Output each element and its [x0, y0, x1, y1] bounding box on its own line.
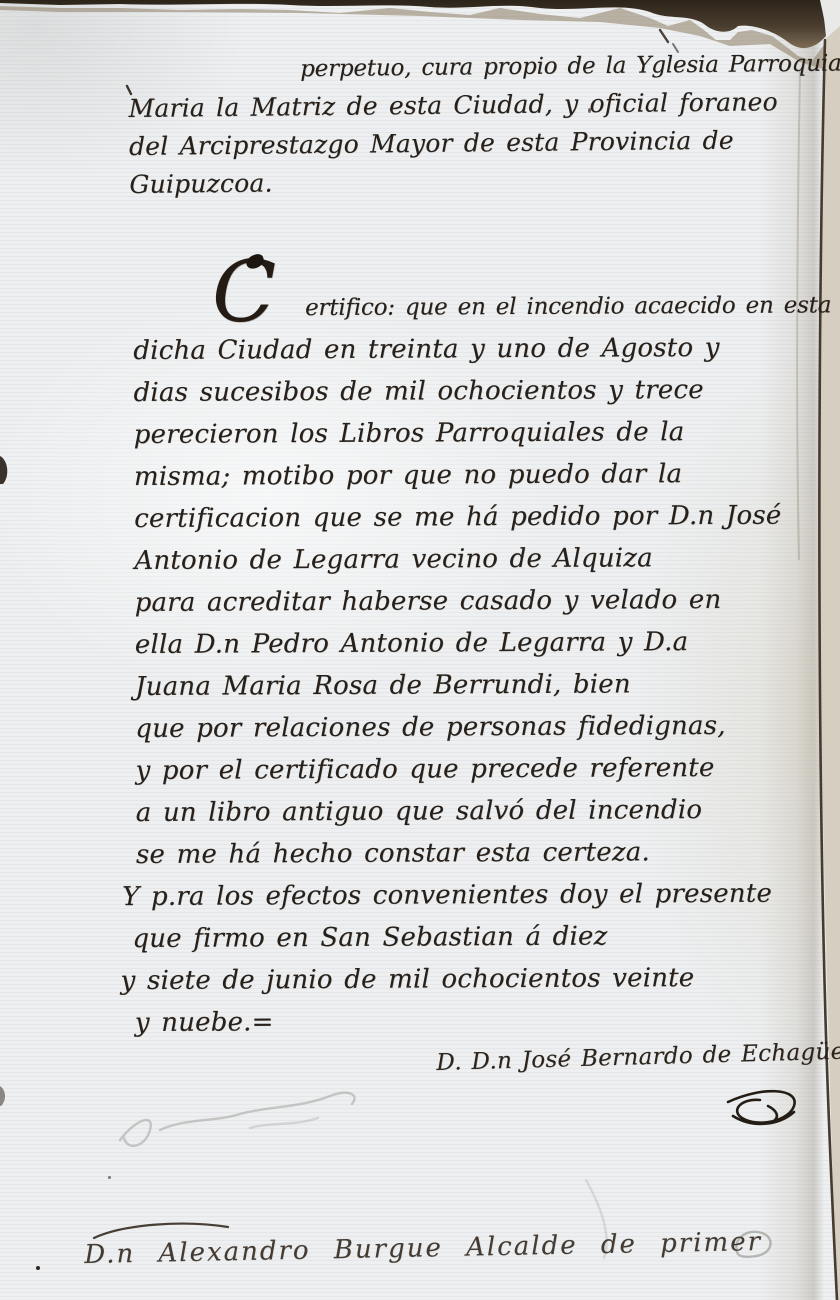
ink-speck [108, 1176, 111, 1179]
handwritten-line: misma; motibo por que no puedo dar la [134, 452, 814, 498]
handwritten-line: perecieron los Libros Parroquiales de la [134, 410, 814, 456]
handwritten-line: se me há hecho constar esta certeza. [136, 830, 816, 876]
page-edge-strip [819, 26, 840, 1300]
footer-flourish-stroke [94, 1224, 228, 1238]
handwritten-line: Guipuzcoa. [129, 159, 819, 204]
ink-tick [660, 30, 668, 42]
handwritten-line: ella D.n Pedro Antonio de Legarra y D.a [135, 620, 815, 666]
left-edge-nick-2 [0, 1086, 5, 1106]
ink-speck [588, 108, 591, 113]
manuscript-page: perpetuo, cura propio de la Yglesia Parr… [0, 0, 840, 1300]
handwritten-line: ertifico: que en el incendio acaecido en… [133, 284, 813, 330]
certification-paragraph: ertifico: que en el incendio acaecido en… [133, 284, 817, 1044]
handwritten-line: y por el certificado que precede referen… [135, 746, 815, 792]
handwritten-line: del Arciprestazgo Mayor de esta Provinci… [129, 121, 819, 166]
handwritten-line: a un libro antiguo que salvó del incendi… [136, 788, 816, 834]
ink-speck [36, 1266, 40, 1270]
handwritten-line: certificacion que se me há pedido por D.… [134, 494, 814, 540]
handwritten-line: y nuebe.= [135, 998, 817, 1044]
left-edge-nick [0, 456, 7, 484]
page-edge-crease [819, 40, 837, 1300]
handwritten-line: Juana Maria Rosa de Berrundi, bien [135, 662, 815, 708]
handwritten-line: que por relaciones de personas fidedigna… [135, 704, 815, 750]
signature-rubric [728, 1091, 795, 1124]
footer-line: D.n Alexandro Burgue Alcalde de primer [84, 1227, 762, 1270]
signature: D. D.n José Bernardo de Echagüe [436, 1039, 840, 1076]
handwritten-line: Y p.ra los efectos convenientes doy el p… [122, 872, 816, 918]
handwritten-line: que firmo en San Sebastian á diez [132, 914, 816, 960]
handwritten-line: dias sucesibos de mil ochocientos y trec… [133, 368, 813, 414]
handwritten-line: y siete de junio de mil ochocientos vein… [121, 956, 817, 1002]
handwritten-line: para acreditar haberse casado y velado e… [135, 578, 815, 624]
header-paragraph: perpetuo, cura propio de la Yglesia Parr… [128, 45, 820, 204]
handwritten-line: dicha Ciudad en treinta y uno de Agosto … [133, 326, 813, 372]
handwritten-line: Antonio de Legarra vecino de Alquiza [134, 536, 814, 582]
